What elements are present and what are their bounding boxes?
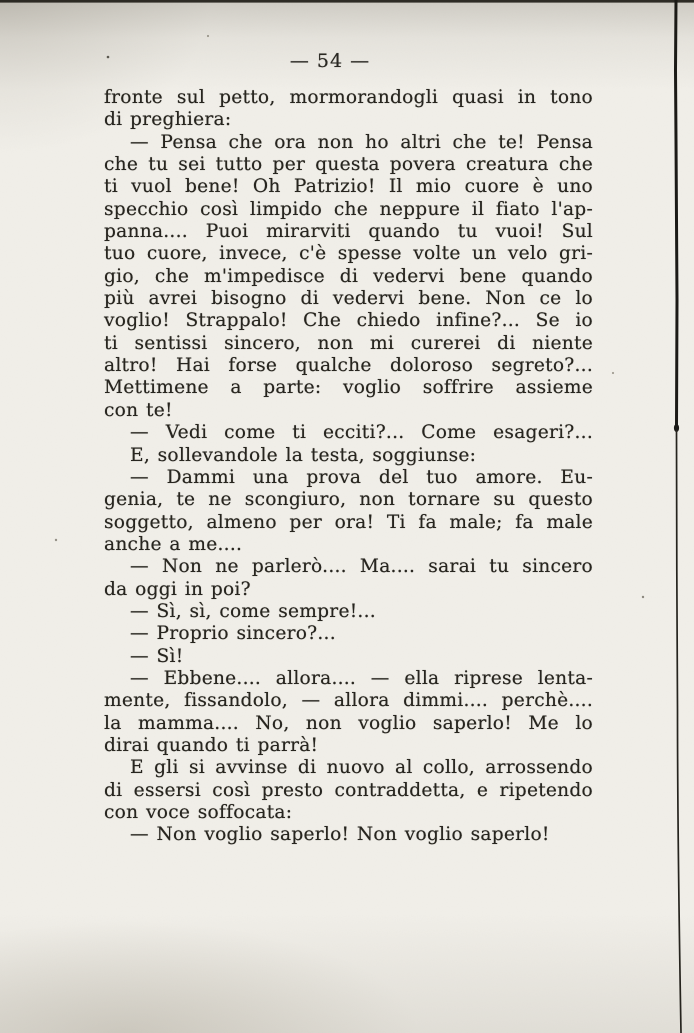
text-line: che tu sei tutto per questa povera creat… <box>104 154 593 176</box>
text-line: la mamma.... No, non voglio saperlo! Me … <box>104 713 593 735</box>
text-line: con voce soffocata: <box>104 802 593 824</box>
text-line: più avrei bisogno di vedervi bene. Non c… <box>104 288 593 310</box>
text-line: — Proprio sincero?... <box>104 623 593 645</box>
text-line: panna.... Puoi mirarviti quando tu vuoi!… <box>104 221 593 243</box>
text-line: gio, che m'impedisce di vedervi bene qua… <box>104 266 593 288</box>
text-line: altro! Hai forse qualche doloroso segret… <box>104 355 593 377</box>
text-line: genia, te ne scongiuro, non tornare su q… <box>104 489 593 511</box>
text-line: ti vuol bene! Oh Patrizio! Il mio cuore … <box>104 176 593 198</box>
text-line: di essersi così presto contraddetta, e r… <box>104 780 593 802</box>
text-line: E, sollevandole la testa, soggiunse: <box>104 445 593 467</box>
text-line: — Pensa che ora non ho altri che te! Pen… <box>104 132 593 154</box>
text-line: tuo cuore, invece, c'è spesse volte un v… <box>104 243 593 265</box>
body-text: fronte sul petto, mormorandogli quasi in… <box>104 87 593 847</box>
text-line: — Vedi come ti ecciti?... Come esageri?.… <box>104 422 593 444</box>
scan-top-edge-line <box>0 0 694 3</box>
scanned-book-page: — 54 — fronte sul petto, mormorandogli q… <box>0 0 694 1033</box>
text-line: anche a me.... <box>104 534 593 556</box>
text-line: — Non ne parlerò.... Ma.... sarai tu sin… <box>104 556 593 578</box>
text-line: dirai quando ti parrà! <box>104 735 593 757</box>
text-line: — Ebbene.... allora.... — ella riprese l… <box>104 668 593 690</box>
text-line: specchio così limpido che neppure il fia… <box>104 199 593 221</box>
text-line: con te! <box>104 400 593 422</box>
text-line: — Sì! <box>104 646 593 668</box>
text-line: mente, fissandolo, — allora dimmi.... pe… <box>104 690 593 712</box>
text-line: fronte sul petto, mormorandogli quasi in… <box>104 87 593 109</box>
page-number: — 54 — <box>0 50 660 72</box>
text-line: da oggi in poi? <box>104 579 593 601</box>
text-line: Mettimene a parte: voglio soffrire assie… <box>104 377 593 399</box>
page-right-edge-line-lower <box>676 430 681 1033</box>
text-line: — Sì, sì, come sempre!... <box>104 601 593 623</box>
text-line: di preghiera: <box>104 109 593 131</box>
text-line: soggetto, almeno per ora! Ti fa male; fa… <box>104 512 593 534</box>
page-right-edge-line <box>676 0 678 425</box>
text-line: — Non voglio saperlo! Non voglio saperlo… <box>104 824 593 846</box>
text-line: ti sentissi sincero, non mi curerei di n… <box>104 333 593 355</box>
text-line: — Dammi una prova del tuo amore. Eu- <box>104 467 593 489</box>
text-line: voglio! Strappalo! Che chiedo infine?...… <box>104 310 593 332</box>
text-line: E gli si avvinse di nuovo al collo, arro… <box>104 757 593 779</box>
